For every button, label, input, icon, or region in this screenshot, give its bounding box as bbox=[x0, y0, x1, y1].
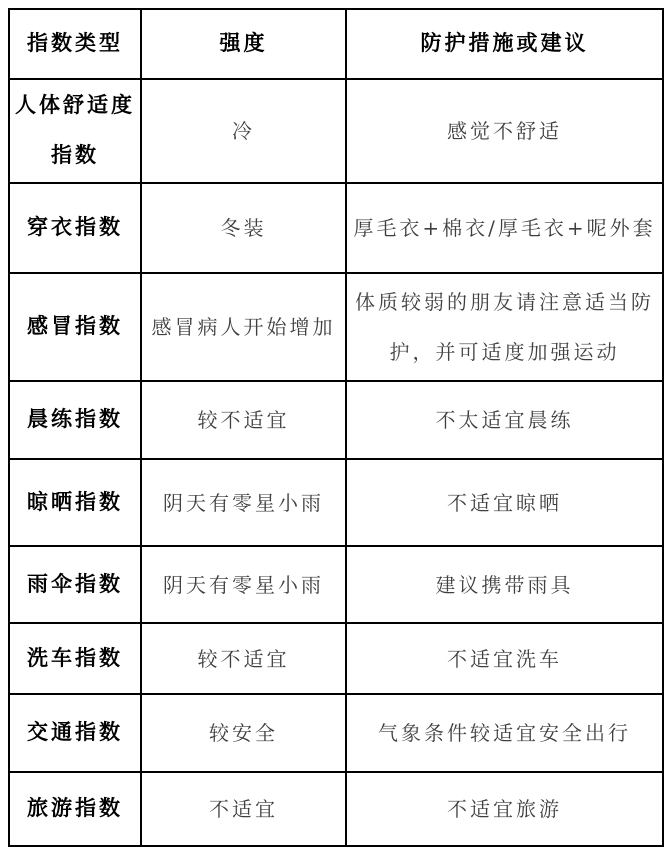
table-row: 晨练指数 较不适宜 不太适宜晨练 bbox=[9, 381, 663, 459]
header-advice: 防护措施或建议 bbox=[346, 9, 663, 79]
advice-cell: 厚毛衣+棉衣/厚毛衣+呢外套 bbox=[346, 183, 663, 273]
table-row: 感冒指数 感冒病人开始增加 体质较弱的朋友请注意适当防护，并可适度加强运动 bbox=[9, 273, 663, 381]
index-type-cell: 雨伞指数 bbox=[9, 546, 141, 623]
strength-cell: 不适宜 bbox=[141, 772, 346, 846]
table-row: 穿衣指数 冬装 厚毛衣+棉衣/厚毛衣+呢外套 bbox=[9, 183, 663, 273]
index-type-cell: 洗车指数 bbox=[9, 623, 141, 694]
index-type-cell: 穿衣指数 bbox=[9, 183, 141, 273]
strength-cell: 冬装 bbox=[141, 183, 346, 273]
index-type-cell: 人体舒适度指数 bbox=[9, 79, 141, 183]
strength-cell: 感冒病人开始增加 bbox=[141, 273, 346, 381]
table-row: 人体舒适度指数 冷 感觉不舒适 bbox=[9, 79, 663, 183]
table-row: 洗车指数 较不适宜 不适宜洗车 bbox=[9, 623, 663, 694]
advice-cell: 体质较弱的朋友请注意适当防护，并可适度加强运动 bbox=[346, 273, 663, 381]
index-type-cell: 感冒指数 bbox=[9, 273, 141, 381]
advice-cell: 不适宜晾晒 bbox=[346, 459, 663, 546]
strength-cell: 较不适宜 bbox=[141, 381, 346, 459]
advice-cell: 建议携带雨具 bbox=[346, 546, 663, 623]
index-type-cell: 交通指数 bbox=[9, 694, 141, 772]
table-row: 交通指数 较安全 气象条件较适宜安全出行 bbox=[9, 694, 663, 772]
header-index-type: 指数类型 bbox=[9, 9, 141, 79]
advice-cell: 气象条件较适宜安全出行 bbox=[346, 694, 663, 772]
index-type-cell: 晨练指数 bbox=[9, 381, 141, 459]
advice-cell: 不适宜洗车 bbox=[346, 623, 663, 694]
advice-cell: 不太适宜晨练 bbox=[346, 381, 663, 459]
strength-cell: 较安全 bbox=[141, 694, 346, 772]
advice-cell: 不适宜旅游 bbox=[346, 772, 663, 846]
table-row: 晾晒指数 阴天有零星小雨 不适宜晾晒 bbox=[9, 459, 663, 546]
strength-cell: 阴天有零星小雨 bbox=[141, 546, 346, 623]
weather-index-table: 指数类型 强度 防护措施或建议 人体舒适度指数 冷 感觉不舒适 穿衣指数 冬装 … bbox=[8, 8, 664, 847]
header-row: 指数类型 强度 防护措施或建议 bbox=[9, 9, 663, 79]
index-type-cell: 旅游指数 bbox=[9, 772, 141, 846]
advice-cell: 感觉不舒适 bbox=[346, 79, 663, 183]
table-row: 旅游指数 不适宜 不适宜旅游 bbox=[9, 772, 663, 846]
strength-cell: 阴天有零星小雨 bbox=[141, 459, 346, 546]
index-type-cell: 晾晒指数 bbox=[9, 459, 141, 546]
strength-cell: 冷 bbox=[141, 79, 346, 183]
table-row: 雨伞指数 阴天有零星小雨 建议携带雨具 bbox=[9, 546, 663, 623]
strength-cell: 较不适宜 bbox=[141, 623, 346, 694]
header-strength: 强度 bbox=[141, 9, 346, 79]
